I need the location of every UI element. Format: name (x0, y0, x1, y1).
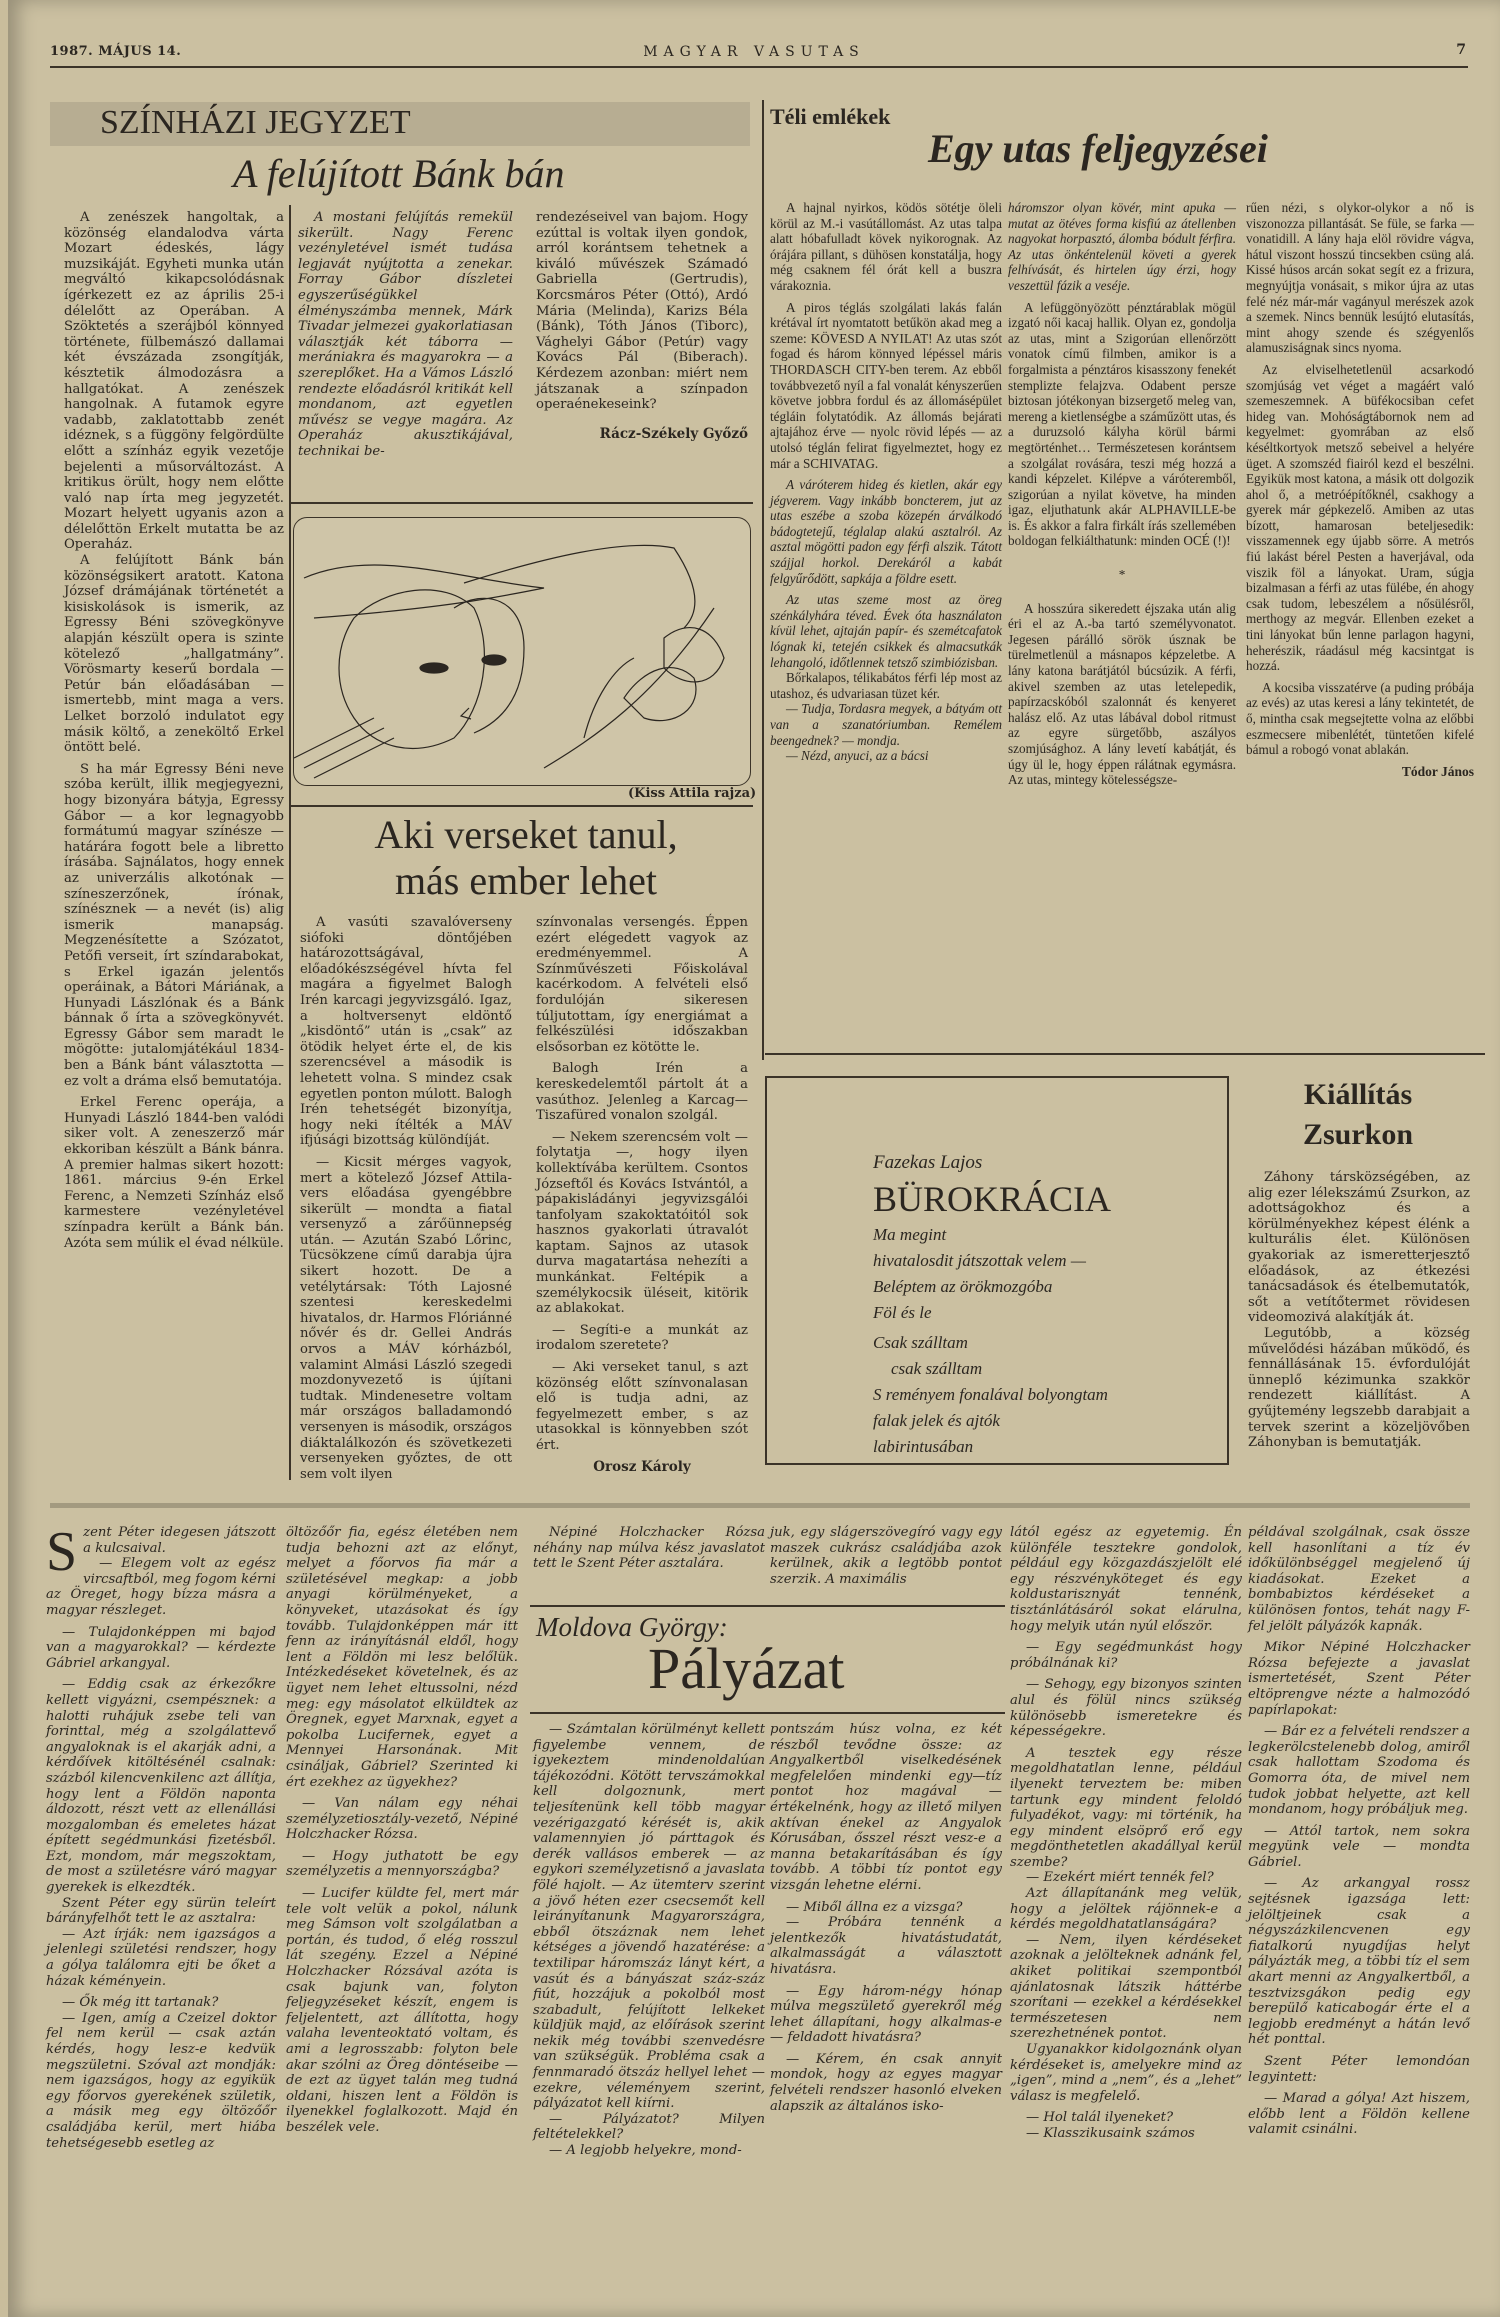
paragraph: — Próbára tennénk a jelentkezők hivatást… (770, 1915, 1002, 1977)
faces-drawing-icon (294, 518, 750, 785)
poem-line: Csak szálltam (873, 1330, 1108, 1356)
headline-line: Zsurkon (1248, 1115, 1468, 1155)
headline-line: Aki verseket tanul, (300, 812, 752, 858)
paragraph: — A legjobb helyekre, mond- (533, 2143, 765, 2159)
newspaper-page: 1987. MÁJUS 14. MAGYAR VASUTAS 7 SZÍNHÁZ… (8, 0, 1500, 2317)
paragraph: öltözőőr fia, egész életében nem tudja b… (286, 1525, 518, 1790)
competition-col-3: — Számtalan körülményt kellett figyelemb… (533, 1722, 765, 2159)
paragraph: A tesztek egy része megoldhatatlan lenne… (1010, 1746, 1242, 1871)
winter-author: Tódor János (1246, 764, 1474, 780)
paragraph: juk, egy slágerszövegíró vagy egy maszek… (770, 1525, 1002, 1587)
winter-col-3: rűen nézi, s olykor-olykor a nő is viszo… (1246, 200, 1474, 779)
competition-col-2: öltözőőr fia, egész életében nem tudja b… (286, 1525, 518, 2136)
paragraph: — Egy három-négy hónap múlva megszülető … (770, 1984, 1002, 2046)
section-rule (530, 1712, 1005, 1714)
paragraph: zent Péter idegesen játszott a kulcsaiva… (83, 1525, 276, 1556)
paragraph: A hajnal nyirkos, ködös sötétje öleli kö… (770, 200, 1002, 294)
paragraph: — Hogy juthatott be egy személyzetis a m… (286, 1849, 518, 1880)
paragraph: pontszám húsz volna, ez két részből tevő… (770, 1722, 1002, 1894)
paragraph: — Aki verseket tanul, s azt közönség elő… (536, 1360, 748, 1454)
paragraph: Szent Péter lemondóan legyintett: (1248, 2054, 1470, 2085)
headline-line: Kiállítás (1248, 1075, 1468, 1115)
section-rule (765, 1053, 1485, 1055)
paragraph: — Lucifer küldte fel, mert már tele volt… (286, 1886, 518, 2136)
section-rule (530, 1605, 1005, 1607)
poem-line: Föl és le (873, 1300, 1108, 1326)
paragraph: Azt állapítanánk meg velük, hogy a jelöl… (1010, 1886, 1242, 1933)
competition-col-1: Szent Péter idegesen játszott a kulcsaiv… (46, 1525, 276, 2151)
paragraph: S ha már Egressy Béni neve szóba került,… (64, 762, 284, 1089)
winter-col-2: háromszor olyan kövér, mint apuka — muta… (1008, 200, 1236, 788)
poem-line: Ma megint (873, 1222, 1108, 1248)
poem-line: S reményem fonalával bolyongtam (873, 1382, 1108, 1408)
paragraph: — Marad a gólya! Azt hiszem, előbb lent … (1248, 2091, 1470, 2138)
paragraph: példával szolgálnak, csak össze kell has… (1248, 1525, 1470, 1634)
paragraph: háromszor olyan kövér, mint apuka — muta… (1008, 200, 1236, 294)
paragraph: Az utas szeme most az öreg szénkályhára … (770, 592, 1002, 670)
exhibition-headline: Kiállítás Zsurkon (1248, 1075, 1468, 1155)
theater-col-2: A mostani felújítás remekül sikerült. Na… (298, 210, 513, 460)
paragraph: — Azt írják: nem igazságos a jelenlegi s… (46, 1927, 276, 1989)
paragraph: Ugyanakkor kidolgoznánk olyan kérdéseket… (1010, 2042, 1242, 2104)
poem-title: BÜROKRÁCIA (873, 1178, 1111, 1220)
paragraph: Bőrkalapos, télikabátos férfi lép most a… (770, 670, 1002, 701)
verse-headline: Aki verseket tanul, más ember lehet (300, 812, 752, 904)
paragraph: — Tudja, Tordasra megyek, a bátyám ott v… (770, 701, 1002, 748)
paragraph: — Nézd, anyuci, az a bácsi (770, 748, 1002, 764)
sketch-illustration (293, 517, 751, 786)
column-rule (289, 205, 291, 1480)
drop-cap: S (46, 1529, 77, 1575)
paragraph: — Miből állna ez a vizsga? (770, 1900, 1002, 1916)
newspaper-title: MAGYAR VASUTAS (8, 44, 1500, 60)
paragraph: lától egész az egyetemig. Én különféle t… (1010, 1525, 1242, 1634)
verse-col-1: A vasúti szavalóverseny siófoki döntőjéb… (300, 915, 512, 1482)
paragraph: — Sehogy, egy bizonyos szinten alul és f… (1010, 1677, 1242, 1739)
verse-author: Orosz Károly (536, 1460, 748, 1476)
paragraph: — Bár ez a felvételi rendszer a legkeröl… (1248, 1724, 1470, 1818)
paragraph: — Egy segédmunkást hogy próbálnának ki? (1010, 1640, 1242, 1671)
paragraph: A mostani felújítás remekül sikerült. Na… (298, 210, 513, 460)
poem-line: Beléptem az örökmozgóba (873, 1274, 1108, 1300)
paragraph: — Az arkangyal rossz sejtésnek igazsága … (1248, 1876, 1470, 2048)
paragraph: A váróterem hideg és kietlen, akár egy j… (770, 477, 1002, 586)
winter-col-1: A hajnal nyirkos, ködös sötétje öleli kö… (770, 200, 1002, 764)
competition-col-5: lától egész az egyetemig. Én különféle t… (1010, 1525, 1242, 2142)
paragraph: Szent Péter egy sürün teleírt bárányfelh… (46, 1896, 276, 1927)
poem-author: Fazekas Lajos (873, 1152, 982, 1174)
paragraph: — Attól tartok, nem sokra megyünk vele —… (1248, 1824, 1470, 1871)
paragraph: Erkel Ferenc operája, a Hunyadi László 1… (64, 1095, 284, 1251)
section-rule (291, 502, 753, 504)
paragraph: — Nekem szerencsém volt — folytatja —, h… (536, 1130, 748, 1317)
theater-col-3: rendezéseivel van bajom. Hogy ezúttal is… (536, 210, 748, 442)
paragraph: — Kicsit mérges vagyok, mert a kötelező … (300, 1155, 512, 1482)
paragraph: rűen nézi, s olykor-olykor a nő is viszo… (1246, 200, 1474, 356)
exhibition-body: Záhony társközségében, az alig ezer léle… (1248, 1170, 1470, 1451)
winter-title: Egy utas feljegyzései (928, 125, 1268, 172)
paragraph: A piros téglás szolgálati lakás falán kr… (770, 300, 1002, 472)
theater-author: Rácz-Székely Győző (536, 427, 748, 443)
theater-kicker: SZÍNHÁZI JEGYZET (100, 104, 411, 142)
section-asterisk: * (1008, 567, 1236, 583)
competition-col-6: példával szolgálnak, csak össze kell has… (1248, 1525, 1470, 2138)
paragraph: Balogh Irén a kereskedelemtől pártolt át… (536, 1061, 748, 1123)
paragraph: A felújított Bánk bán közönségsikert ara… (64, 553, 284, 756)
paragraph: A zenészek hangoltak, a közönség elandal… (64, 210, 284, 553)
paragraph: A lefüggönyözött pénztárablak mögül izga… (1008, 300, 1236, 550)
paragraph: — Eddig csak az érkezőkre kellett vigyáz… (46, 1677, 276, 1895)
paragraph: — Ezekért miért tennék fel? (1010, 1870, 1242, 1886)
paragraph: Az elviselhetetlenül acsarkodó szomjúság… (1246, 362, 1474, 674)
poem-body: Ma megint hivatalosdit játszottak velem … (873, 1222, 1108, 1460)
paragraph: Legutóbb, a község művelődési házában mű… (1248, 1326, 1470, 1451)
competition-title: Pályázat (648, 1635, 844, 1702)
paragraph: — Van nálam egy néhai személyzetiosztály… (286, 1796, 518, 1843)
poem-line: csak szálltam (873, 1356, 1108, 1382)
paragraph: A vasúti szavalóverseny siófoki döntőjéb… (300, 915, 512, 1149)
paragraph: Népiné Holczhacker Rózsa néhány nap múlv… (533, 1525, 765, 1572)
header-rule (50, 66, 1468, 68)
paragraph: — Kérem, én csak annyit mondok, hogy az … (770, 2052, 1002, 2114)
paragraph: színvonalas versengés. Éppen ezért elége… (536, 915, 748, 1055)
illustration-caption: (Kiss Attila rajza) (628, 786, 756, 801)
section-rule (291, 805, 753, 807)
paragraph: — Tulajdonképpen mi bajod van a magyarok… (46, 1625, 276, 1672)
winter-kicker: Téli emlékek (770, 104, 890, 130)
paragraph: — Számtalan körülményt kellett figyelemb… (533, 1722, 765, 2112)
paragraph: — Pályázatot? Milyen feltételekkel? (533, 2112, 765, 2143)
paragraph: — Elegem volt az egész vircsaftból, meg … (46, 1556, 276, 1618)
competition-col-4: pontszám húsz volna, ez két részből tevő… (770, 1722, 1002, 2114)
theater-title: A felújított Bánk bán (233, 150, 564, 197)
paragraph: A kocsiba visszatérve (a puding próbája … (1246, 680, 1474, 758)
competition-col-4-top: juk, egy slágerszövegíró vagy egy maszek… (770, 1525, 1002, 1587)
section-divider (50, 1503, 1470, 1508)
paragraph: — Hol talál ilyeneket? (1010, 2110, 1242, 2126)
poem-line: hivatalosdit játszottak velem — (873, 1248, 1108, 1274)
paragraph: — Segíti-e a munkát az irodalom szeretet… (536, 1323, 748, 1354)
paragraph: — Klasszikusaink számos (1010, 2126, 1242, 2142)
competition-col-3-top: Népiné Holczhacker Rózsa néhány nap múlv… (533, 1525, 765, 1572)
paragraph: rendezéseivel van bajom. Hogy ezúttal is… (536, 210, 748, 413)
page-number: 7 (1456, 42, 1466, 58)
paragraph: A hosszúra sikeredett éjszaka után alig … (1008, 601, 1236, 788)
verse-col-2: színvonalas versengés. Éppen ezért elége… (536, 915, 748, 1475)
paragraph: Mikor Népiné Holczhacker Rózsa befejezte… (1248, 1640, 1470, 1718)
poem-line: labirintusában (873, 1434, 1108, 1460)
paragraph: Záhony társközségében, az alig ezer léle… (1248, 1170, 1470, 1326)
paragraph: — Nem, ilyen kérdéseket azoknak a jelölt… (1010, 1933, 1242, 2042)
paragraph: — Igen, amíg a Czeizel doktor fel nem ke… (46, 2011, 276, 2151)
column-rule (762, 100, 764, 1060)
theater-col-1: A zenészek hangoltak, a közönség elandal… (64, 210, 284, 1251)
headline-line: más ember lehet (300, 858, 752, 904)
paragraph: — Ők még itt tartanak? (46, 1995, 276, 2011)
poem-line: falak jelek és ajtók (873, 1408, 1108, 1434)
